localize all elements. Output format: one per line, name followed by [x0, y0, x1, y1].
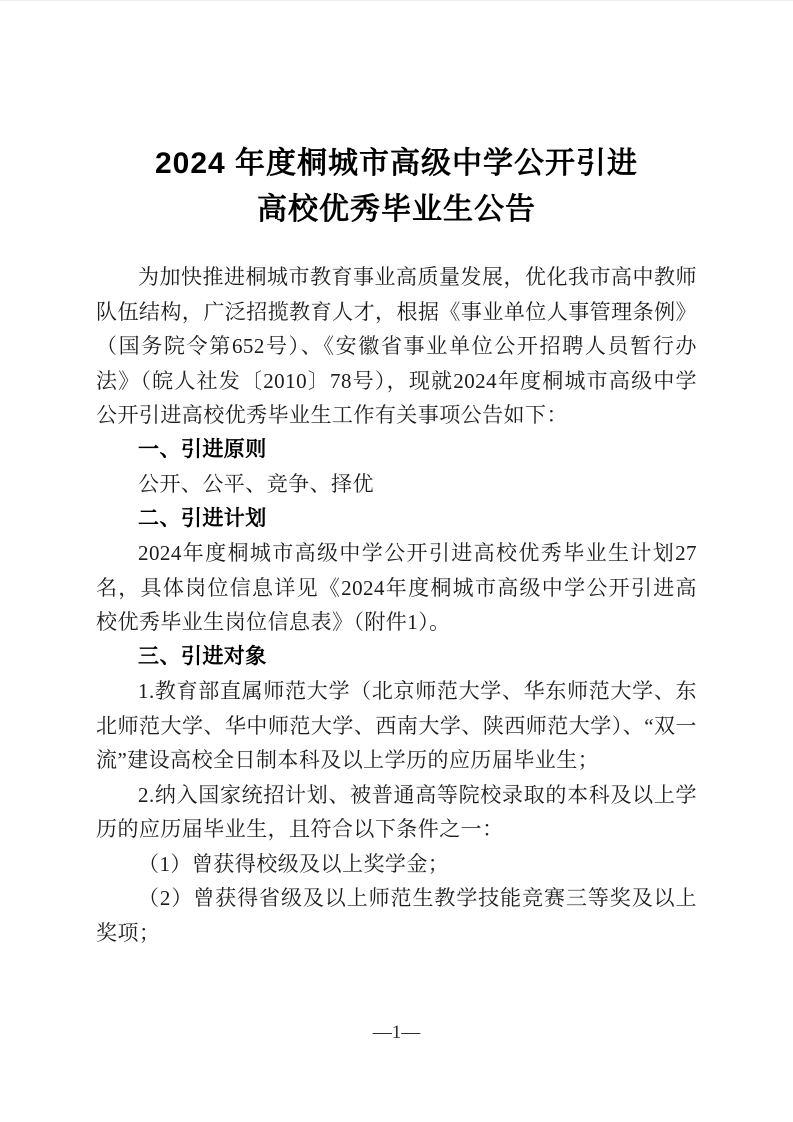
page-number: —1— [0, 1022, 793, 1044]
page-title-line-2: 高校优秀毕业生公告 [257, 193, 536, 226]
page-title: 2024 年度桐城市高级中学公开引进 高校优秀毕业生公告 [80, 141, 713, 233]
document-page: 2024 年度桐城市高级中学公开引进 高校优秀毕业生公告 为加快推进桐城市教育事… [0, 0, 793, 1122]
paragraph-target-item-2: 2.纳入国家统招计划、被普通高等院校录取的本科及以上学历的应历届毕业生，且符合以… [96, 778, 697, 847]
section-heading-1-principle: 一、引进原则 [96, 433, 697, 468]
section-heading-3-targets: 三、引进对象 [96, 640, 697, 675]
section-heading-2-plan: 二、引进计划 [96, 502, 697, 537]
paragraph-intro: 为加快推进桐城市教育事业高质量发展，优化我市高中教师队伍结构，广泛招揽教育人才，… [96, 260, 697, 433]
paragraph-target-item-1: 1.教育部直属师范大学（北京师范大学、华东师范大学、东北师范大学、华中师范大学、… [96, 674, 697, 778]
paragraph-plan: 2024年度桐城市高级中学公开引进高校优秀毕业生计划27名，具体岗位信息详见《2… [96, 536, 697, 640]
paragraph-condition-2: （2）曾获得省级及以上师范生教学技能竞赛三等奖及以上奖项； [96, 881, 697, 950]
paragraph-condition-1: （1）曾获得校级及以上奖学金； [96, 847, 697, 882]
paragraph-principle: 公开、公平、竞争、择优 [96, 467, 697, 502]
document-body: 为加快推进桐城市教育事业高质量发展，优化我市高中教师队伍结构，广泛招揽教育人才，… [96, 260, 697, 950]
page-title-line-1: 2024 年度桐城市高级中学公开引进 [155, 147, 638, 180]
